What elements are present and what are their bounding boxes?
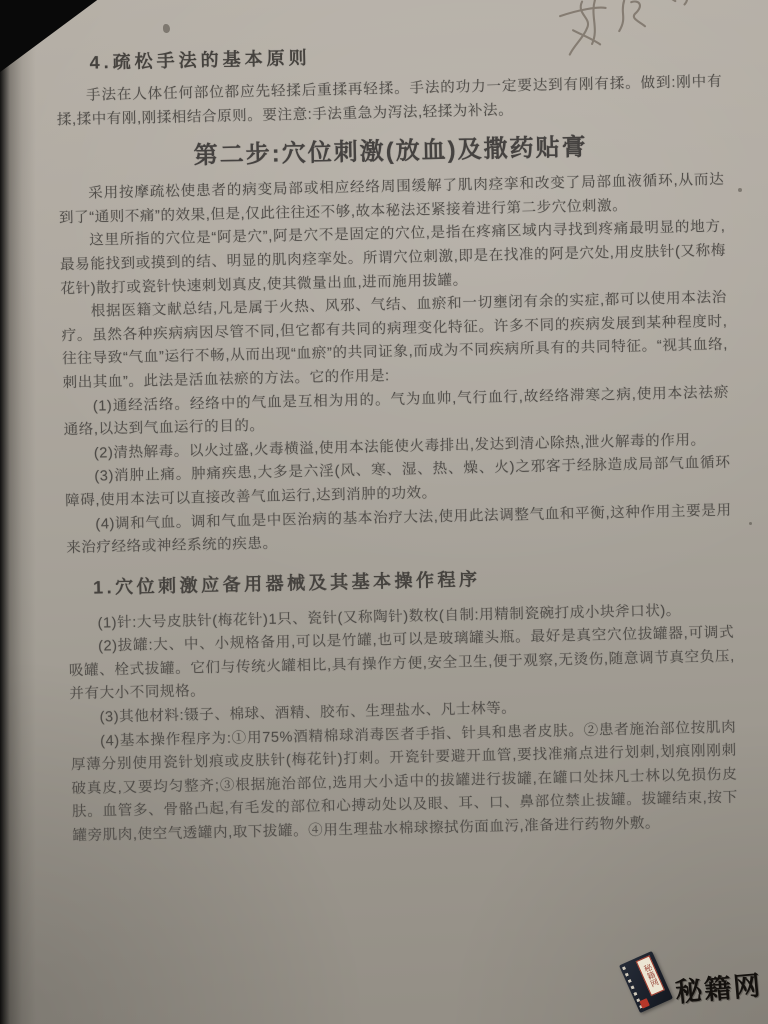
sub-heading: 1.穴位刺激应备用器械及其基本操作程序 xyxy=(93,559,733,599)
body-paragraph: 根据医籍文献总结,凡是属于火热、风邪、气结、血瘀和一切壅闭有余的实症,都可以使用… xyxy=(61,287,729,396)
page-content: 4.疏松手法的基本原则 手法在人体任何部位都应先轻揉后重揉再轻揉。手法的功力一定… xyxy=(55,35,738,849)
watermark: 秘籍网 秘籍网 xyxy=(606,934,766,1020)
intro-paragraph: 手法在人体任何部位都应先轻揉后重揉再轻揉。手法的功力一定要达到有刚有揉。做到:刚… xyxy=(56,71,723,133)
seal-icon xyxy=(639,998,650,1009)
main-heading: 第二步:穴位刺激(放血)及撒药贴膏 xyxy=(57,124,724,174)
print-speck xyxy=(163,24,170,33)
print-speck xyxy=(749,522,752,525)
book-icon: 秘籍网 xyxy=(619,951,673,1013)
procedure-paragraph: (4)基本操作程序为:①用75%酒精棉球消毒医者手指、针具和患者皮肤。②患者施治… xyxy=(70,716,738,848)
book-label: 秘籍网 xyxy=(636,955,665,996)
print-speck xyxy=(738,188,742,192)
section-heading: 4.疏松手法的基本原则 xyxy=(89,35,721,75)
watermark-site-name: 秘籍网 xyxy=(673,963,763,1009)
book-page-photo: 4.疏松手法的基本原则 手法在人体任何部位都应先轻揉后重揉再轻揉。手法的功力一定… xyxy=(0,0,768,1024)
